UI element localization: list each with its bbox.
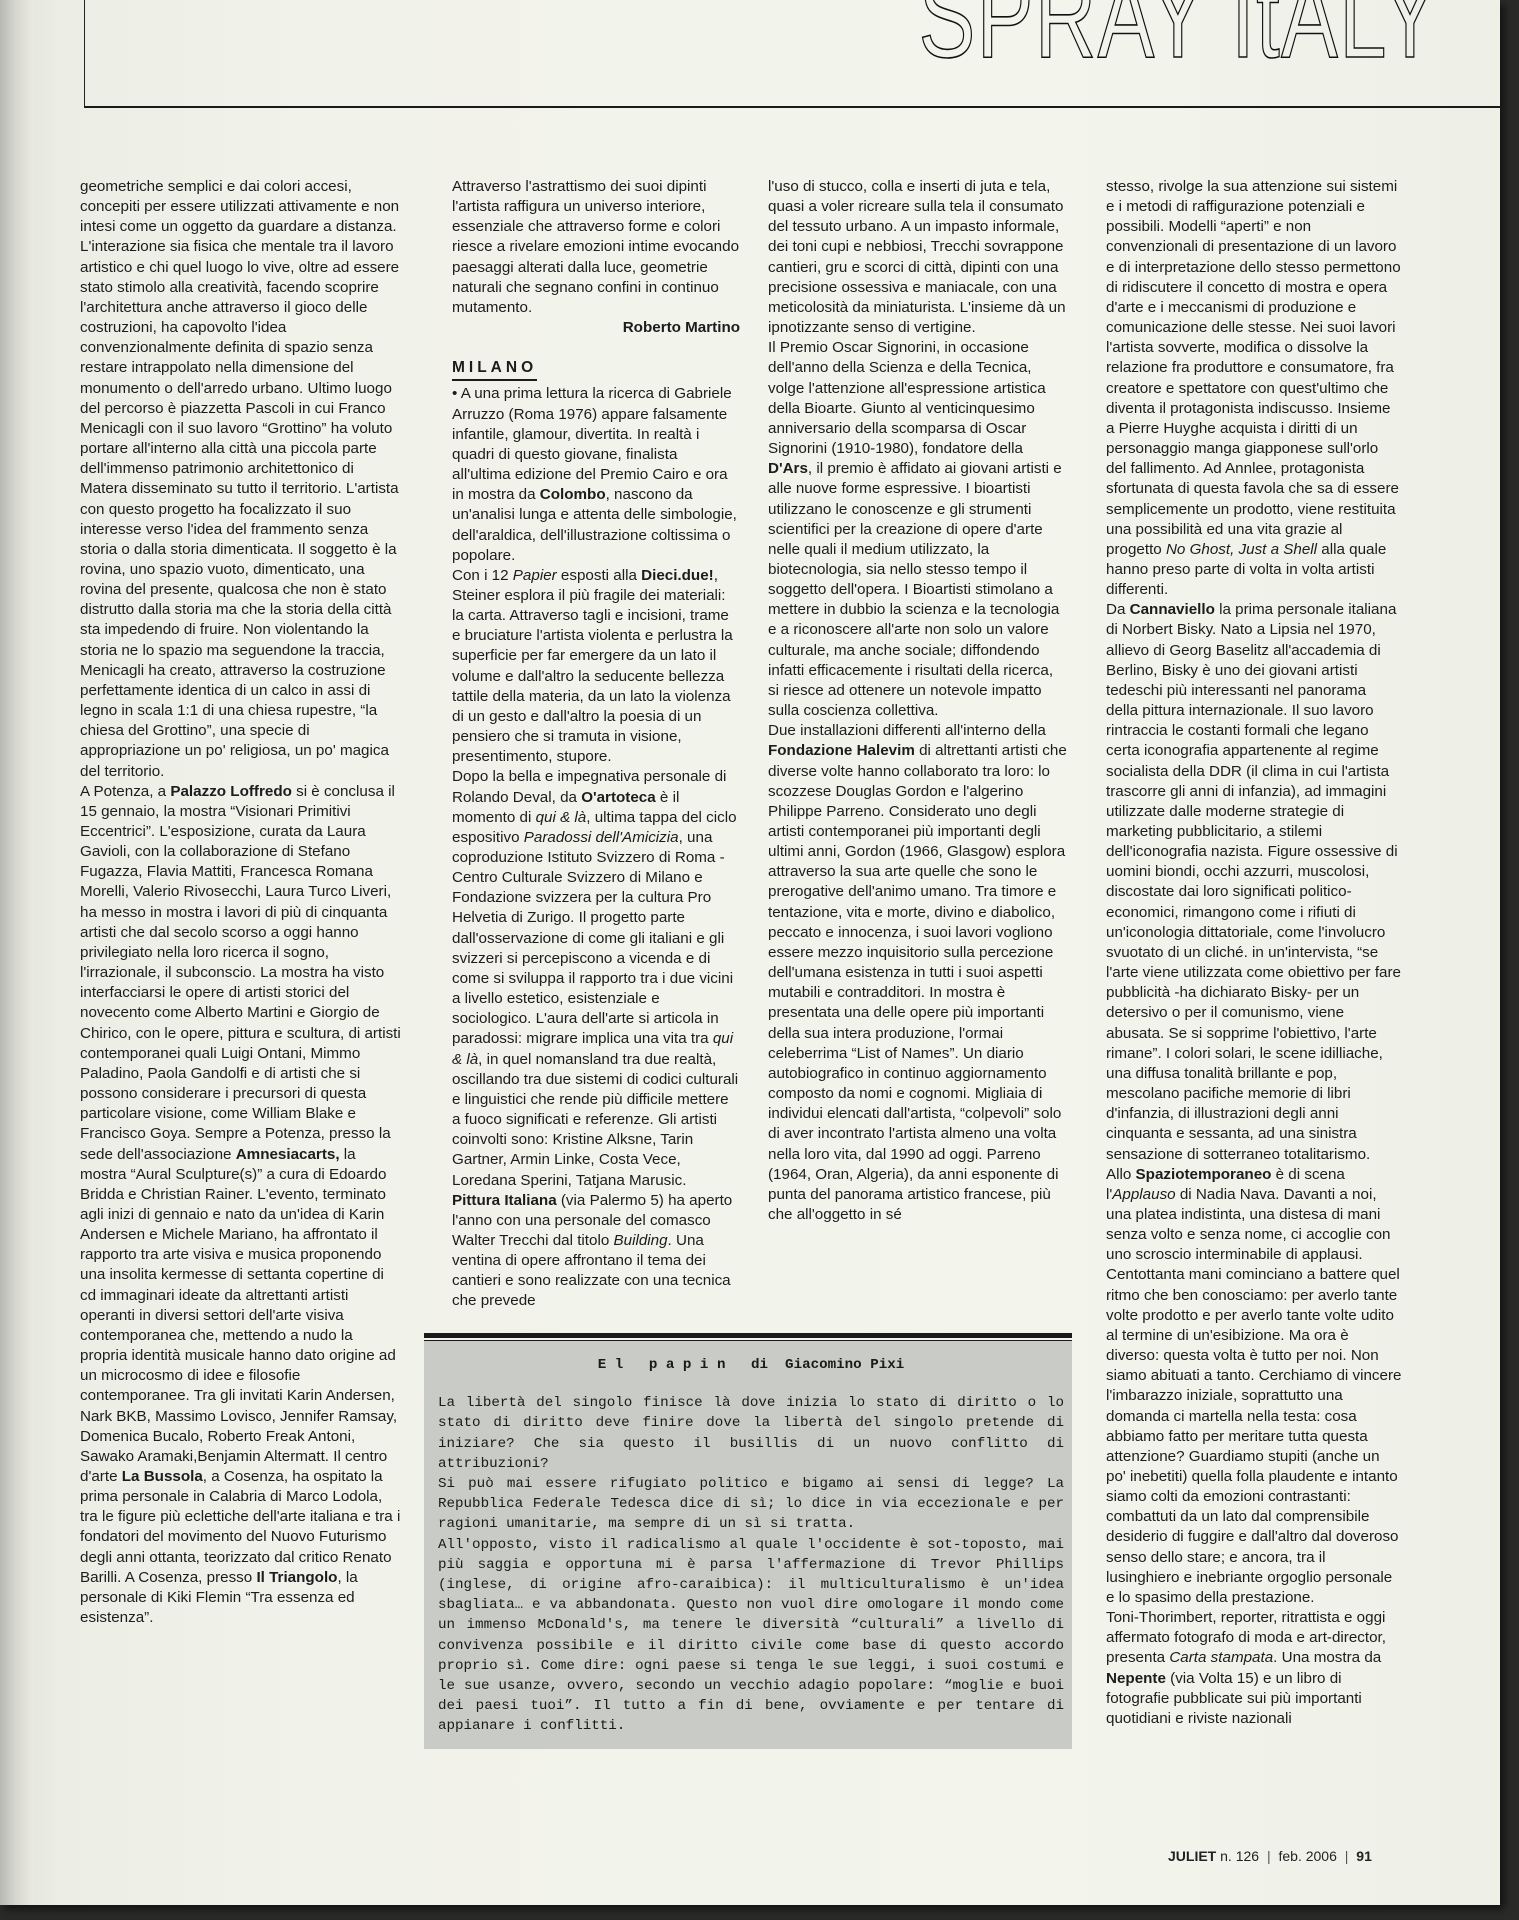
paragraph: La libertà del singolo finisce là dove i… bbox=[438, 1393, 1064, 1474]
paragraph: All'opposto, visto il radicalismo al qua… bbox=[438, 1535, 1064, 1737]
venue-name: La Bussola bbox=[122, 1468, 203, 1485]
venue-name: Fondazione Halevim bbox=[768, 742, 915, 759]
sidebar-box-title: E l p a p i n di Giacomino Pixi bbox=[438, 1355, 1064, 1375]
paragraph: Il Premio Oscar Signorini, in occasione … bbox=[768, 338, 1068, 721]
article-column-2: Attraverso l'astrattismo dei suoi dipint… bbox=[452, 177, 740, 1312]
venue-name: D'Ars bbox=[768, 460, 808, 477]
paragraph: • A una prima lettura la ricerca di Gabr… bbox=[452, 384, 740, 565]
paragraph: Con i 12 Papier esposti alla Dieci.due!,… bbox=[452, 566, 740, 768]
author-signature: Roberto Martino bbox=[452, 318, 740, 338]
editorial-sidebar-box: E l p a p i n di Giacomino Pixi La liber… bbox=[424, 1333, 1072, 1749]
venue-name: O'artoteca bbox=[581, 789, 656, 806]
venue-name: Pittura Italiana bbox=[452, 1192, 557, 1209]
paragraph: Toni-Thorimbert, reporter, ritrattista e… bbox=[1106, 1608, 1402, 1729]
venue-name: Il Triangolo bbox=[256, 1569, 337, 1586]
paragraph: Due installazioni differenti all'interno… bbox=[768, 721, 1068, 1225]
venue-name: Amnesiacarts, bbox=[236, 1146, 340, 1163]
article-column-1: geometriche semplici e dai colori accesi… bbox=[80, 177, 402, 1628]
article-column-3: l'uso di stucco, colla e inserti di juta… bbox=[768, 177, 1068, 1225]
box-rule-thick bbox=[424, 1333, 1072, 1338]
issue-number: n. 126 bbox=[1220, 1848, 1259, 1864]
section-title: SPRAY ItALY bbox=[919, 0, 1440, 76]
venue-name: Spaziotemporaneo bbox=[1136, 1166, 1272, 1183]
paragraph: geometriche semplici e dai colori accesi… bbox=[80, 177, 402, 782]
sidebar-box-body: E l p a p i n di Giacomino Pixi La liber… bbox=[424, 1341, 1072, 1749]
issue-date: feb. 2006 bbox=[1278, 1848, 1336, 1864]
venue-name: Palazzo Loffredo bbox=[170, 783, 292, 800]
paragraph: Da Cannaviello la prima personale italia… bbox=[1106, 600, 1402, 1164]
header-frame: SPRAY ItALY bbox=[84, 0, 1500, 108]
paragraph: Si può mai essere rifugiato politico e b… bbox=[438, 1474, 1064, 1535]
city-section-heading: MILANO bbox=[452, 358, 537, 381]
venue-name: Dieci.due! bbox=[641, 567, 714, 584]
folio-separator: | bbox=[1263, 1848, 1275, 1864]
page-gutter bbox=[0, 0, 34, 1905]
venue-name: Cannaviello bbox=[1130, 601, 1215, 618]
paragraph: A Potenza, a Palazzo Loffredo si è concl… bbox=[80, 782, 402, 1629]
paragraph: l'uso di stucco, colla e inserti di juta… bbox=[768, 177, 1068, 338]
magazine-page: SPRAY ItALY geometriche semplici e dai c… bbox=[0, 0, 1500, 1905]
paragraph: Allo Spaziotemporaneo è di scena l'Appla… bbox=[1106, 1165, 1402, 1608]
paragraph: stesso, rivolge la sua attenzione sui si… bbox=[1106, 177, 1402, 600]
paragraph: Dopo la bella e impegnativa personale di… bbox=[452, 767, 740, 1190]
article-column-4: stesso, rivolge la sua attenzione sui si… bbox=[1106, 177, 1402, 1729]
paragraph: Pittura Italiana (via Palermo 5) ha aper… bbox=[452, 1191, 740, 1312]
folio-separator: | bbox=[1341, 1848, 1353, 1864]
page-folio: JULIET n. 126 | feb. 2006 | 91 bbox=[1168, 1848, 1372, 1864]
paragraph: Attraverso l'astrattismo dei suoi dipint… bbox=[452, 177, 740, 318]
magazine-name: JULIET bbox=[1168, 1848, 1216, 1864]
venue-name: Nepente bbox=[1106, 1670, 1166, 1687]
venue-name: Colombo bbox=[540, 486, 606, 503]
page-number: 91 bbox=[1356, 1848, 1372, 1864]
